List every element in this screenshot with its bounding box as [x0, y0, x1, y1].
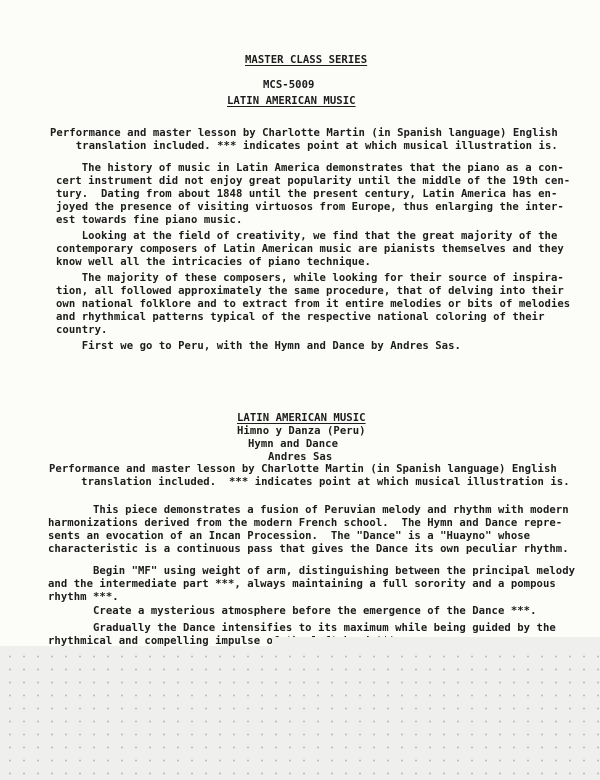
paragraph-line: own national folklore and to extract fro… [56, 298, 570, 311]
paragraph-line: tion, all followed approximately the sam… [56, 285, 564, 298]
paragraph-line: First we go to Peru, with the Hymn and D… [56, 340, 461, 353]
paragraph-line: The majority of these composers, while l… [56, 272, 564, 285]
subject-title: LATIN AMERICAN MUSIC [227, 95, 356, 108]
catalog-number: MCS-5009 [263, 79, 314, 92]
paragraph-line: sents an evocation of an Incan Processio… [48, 530, 530, 543]
section2-intro-line: translation included. *** indicates poin… [49, 476, 570, 489]
paragraph-line: harmonizations derived from the modern F… [48, 517, 562, 530]
paragraph-line: characteristic is a continuous pass that… [48, 543, 569, 556]
paragraph-line: Begin "MF" using weight of arm, distingu… [48, 565, 575, 578]
paragraph-line: contemporary composers of Latin American… [56, 243, 564, 256]
section1-intro-line: translation included. *** indicates poin… [50, 140, 558, 153]
paragraph-line: tury. Dating from about 1848 until the p… [56, 188, 557, 201]
paragraph-line: and the intermediate part ***, always ma… [48, 578, 556, 591]
paragraph-line: joyed the presence of visiting virtuosos… [56, 201, 564, 214]
paragraph-line: est towards fine piano music. [56, 214, 242, 227]
paragraph-line: Gradually the Dance intensifies to its m… [48, 622, 556, 635]
paragraph-line: know well all the intricacies of piano t… [56, 256, 371, 269]
section1-intro-line: Performance and master lesson by Charlot… [50, 127, 558, 140]
paragraph-line: country. [56, 324, 107, 337]
piece-title-english: Hymn and Dance [248, 438, 338, 451]
dotted-overlay [0, 646, 600, 780]
section2-title: LATIN AMERICAN MUSIC [237, 412, 366, 425]
series-title: MASTER CLASS SERIES [245, 54, 367, 67]
section2-intro-line: Performance and master lesson by Charlot… [49, 463, 557, 476]
paragraph-line: cert instrument did not enjoy great popu… [56, 175, 570, 188]
paragraph-line: rhythm ***. [48, 591, 119, 604]
paragraph-line: Looking at the field of creativity, we f… [56, 230, 557, 243]
document-page: MASTER CLASS SERIES MCS-5009 LATIN AMERI… [0, 0, 600, 780]
paragraph-line: and rhythmical patterns typical of the r… [56, 311, 545, 324]
piece-title-spanish: Himno y Danza (Peru) [237, 425, 366, 438]
paragraph-line: This piece demonstrates a fusion of Peru… [48, 504, 569, 517]
paragraph-line: The history of music in Latin America de… [56, 162, 564, 175]
paragraph-line: Create a mysterious atmosphere before th… [48, 605, 537, 618]
